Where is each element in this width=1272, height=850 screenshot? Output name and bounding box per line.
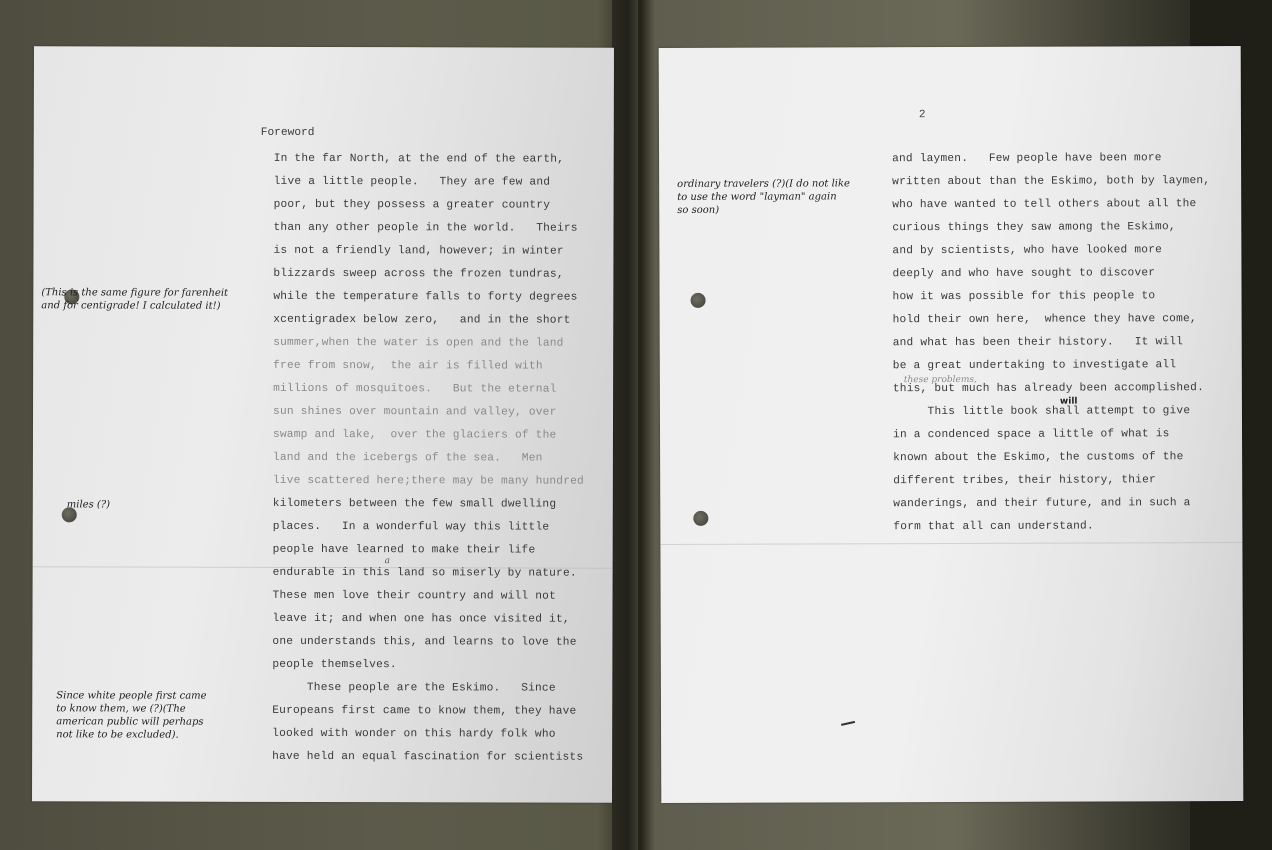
typed-line: different tribes, their history, thier <box>893 469 1211 493</box>
typed-line: land and the icebergs of the sea. Men <box>273 447 584 471</box>
typed-line: who have wanted to tell others about all… <box>892 193 1210 217</box>
typed-line: looked with wonder on this hardy folk wh… <box>272 723 583 747</box>
typed-line: summer,when the water is open and the la… <box>273 332 584 356</box>
typed-line: and laymen. Few people have been more <box>892 147 1210 171</box>
typed-line: millions of mosquitoes. But the eternal <box>273 378 584 402</box>
typed-line: and what has been their history. It will <box>893 331 1211 355</box>
typed-line: live scattered here;there may be many hu… <box>273 470 584 494</box>
margin-note-miles: miles (?) <box>67 498 110 511</box>
typed-line: leave it; and when one has once visited … <box>272 608 583 632</box>
punch-hole <box>691 293 706 308</box>
typed-line: These people are the Eskimo. Since <box>272 677 583 701</box>
typed-line: people themselves. <box>272 654 583 678</box>
typed-line: These men love their country and will no… <box>273 585 584 609</box>
interlinear-these-problems: these problems, <box>904 374 977 387</box>
foreword-heading: Foreword <box>261 127 315 139</box>
typed-line: than any other people in the world. Thei… <box>273 217 584 241</box>
pen-mark <box>841 721 855 726</box>
right-typed-text: and laymen. Few people have been morewri… <box>892 147 1211 539</box>
typed-line: wanderings, and their future, and in suc… <box>893 492 1211 516</box>
interlinear-will: will <box>1060 396 1078 409</box>
typed-line: places. In a wonderful way this little <box>273 516 584 540</box>
typed-line: have held an equal fascination for scien… <box>272 746 583 770</box>
typed-line: one understands this, and learns to love… <box>272 631 583 655</box>
margin-note-white-people: Since white people first came to know th… <box>56 689 206 741</box>
book-gutter <box>612 0 638 850</box>
margin-note-fahrenheit: (This is the same figure for farenheit a… <box>41 286 228 312</box>
typed-line: known about the Eskimo, the customs of t… <box>893 446 1211 470</box>
typed-line: This little book shall attempt to give <box>893 400 1211 424</box>
typed-line: poor, but they possess a greater country <box>274 194 585 218</box>
typed-line: hold their own here, whence they have co… <box>893 308 1211 332</box>
left-page: Foreword In the far North, at the end of… <box>32 46 614 803</box>
typed-line: In the far North, at the end of the eart… <box>274 148 585 172</box>
right-page: 2 and laymen. Few people have been morew… <box>659 46 1244 803</box>
typed-line: endurable in this land so miserly by nat… <box>273 562 584 586</box>
typed-line: sun shines over mountain and valley, ove… <box>273 401 584 425</box>
typed-line: swamp and lake, over the glaciers of the <box>273 424 584 448</box>
margin-note-ordinary-travelers: ordinary travelers (?)(I do not like to … <box>677 177 850 217</box>
page-number: 2 <box>919 109 926 121</box>
page-fold <box>660 542 1242 545</box>
insertion-a: a <box>385 555 390 568</box>
typed-line: kilometers between the few small dwellin… <box>273 493 584 517</box>
typed-line: people have learned to make their life <box>273 539 584 563</box>
typed-line: deeply and who have sought to discover <box>892 262 1210 286</box>
typed-line: blizzards sweep across the frozen tundra… <box>273 263 584 287</box>
typed-line: xcentigradex below zero, and in the shor… <box>273 309 584 333</box>
typed-line: free from snow, the air is filled with <box>273 355 584 379</box>
punch-hole <box>693 511 708 526</box>
typed-line: and by scientists, who have looked more <box>892 239 1210 263</box>
typed-line: while the temperature falls to forty deg… <box>273 286 584 310</box>
typed-line: curious things they saw among the Eskimo… <box>892 216 1210 240</box>
typed-line: how it was possible for this people to <box>893 285 1211 309</box>
typed-line: written about than the Eskimo, both by l… <box>892 170 1210 194</box>
typed-line: is not a friendly land, however; in wint… <box>273 240 584 264</box>
left-typed-text: In the far North, at the end of the eart… <box>272 148 585 770</box>
typed-line: in a condenced space a little of what is <box>893 423 1211 447</box>
typed-line: live a little people. They are few and <box>274 171 585 195</box>
typed-line: form that all can understand. <box>893 515 1211 539</box>
typed-line: Europeans first came to know them, they … <box>272 700 583 724</box>
